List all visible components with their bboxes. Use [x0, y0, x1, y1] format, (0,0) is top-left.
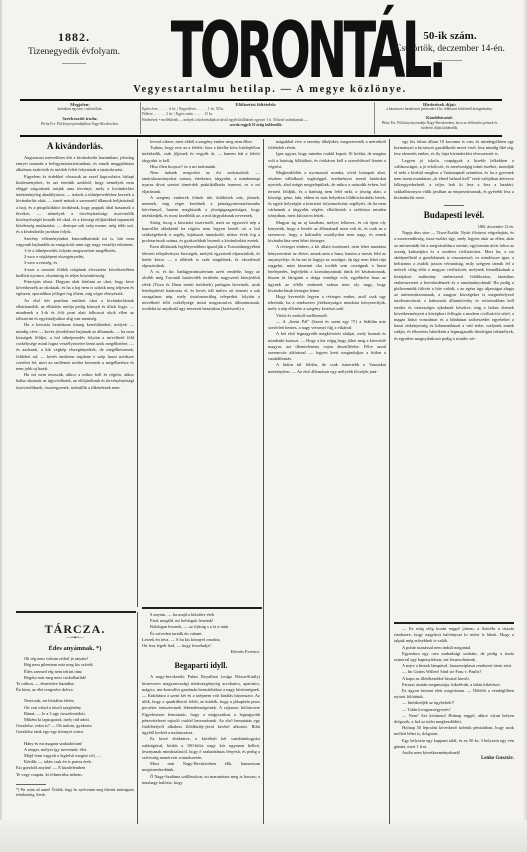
paragraph: magukkal vive a szerény tőkéjüket, megsz… [268, 139, 386, 151]
volume-label: Tizenegyedik évfolyam. [14, 47, 134, 57]
paragraph: Igaz ugyan, hogy minden család kapott 16… [268, 151, 386, 170]
feuilleton-heading: TÁRCZA. [16, 622, 134, 636]
issue-number: 50-ik szám. [385, 30, 515, 42]
masthead-rule [20, 99, 502, 101]
ornament-icon: —•❧•— [16, 636, 134, 642]
feuilleton-rule [142, 607, 262, 609]
feuilleton-rule [394, 622, 514, 624]
feuilleton-section: TÁRCZA. —•❧•— Édes anyámnak. *) Oh rég n… [16, 618, 134, 828]
info-divider [374, 102, 375, 134]
paragraph: Ez kissé eltekintve, a kávéholt két vand… [142, 736, 260, 761]
article-column4: egy kis falusi állam 10 koronna is van, … [394, 139, 514, 583]
feuilleton-column4: — Ez még elég korán reggel jöttem, a Szö… [394, 626, 514, 826]
paragraph: A révieges embert, a kit állató ösztönne… [268, 244, 386, 294]
paragraph: Principiis obsta. Hogyan okát hárítani a… [16, 279, 134, 298]
paragraph: Figyelem és érdekkel olvassuk az ezzel k… [16, 174, 134, 236]
column-divider [263, 139, 264, 824]
divider [438, 60, 462, 61]
paragraph: Szerény véleményünket kimondhatnánk mi i… [16, 236, 134, 248]
paragraph: — Nem! Azt kivánom! Holnap reggel, akkor… [394, 713, 514, 725]
column-divider [137, 139, 138, 607]
office-text: Pleitz Fer. Pál könyvnyomdájában Nagy-Be… [22, 122, 138, 127]
paragraph: Legyen jó iskola, csapágyak a kisebb lel… [394, 158, 514, 201]
feuilleton-rule [16, 611, 136, 613]
paragraph: A szegény emberek fölnek ide, küldöttek … [142, 195, 260, 220]
paragraph: Ha a kincstár beruházna tömeg kertelület… [16, 322, 134, 372]
feuilleton-continued: S anyám, — ha majd a kikötőre érek Fiad,… [142, 612, 260, 824]
ads-office-text: Pleitz Fer. Pál könyvnyomdája Nagy-Becsk… [377, 121, 502, 131]
paragraph: Sürög forog a kincstári tisztviselő, mer… [142, 220, 260, 245]
info-strip-rule [20, 135, 502, 137]
publication-info: Megjelen: hetenkint egyszer, csütörtökön… [22, 102, 138, 134]
newspaper-page: 1882. Tizenegyedik évfolyam. TORONTÁL. 5… [0, 0, 527, 852]
paragraph: A nagy-becskereki Palais Royalban (vulgo… [142, 674, 260, 736]
newspaper-subtitle: Vegyestartalmu hetilap. — A megye közlön… [100, 84, 440, 95]
article-title: A kivándorlás. [16, 141, 134, 152]
publication-year: 1882. [14, 30, 134, 45]
paragraph: — Ez még elég korán reggel jöttem, a Szö… [394, 626, 514, 645]
column-divider [389, 139, 390, 824]
poem-line: Te vagy csupán, ki fölmerülsz nekem. [16, 772, 134, 778]
paragraph: A hídon túl földön, de csak ismertebb a … [268, 362, 386, 374]
paragraph: Egy helyszín egy kappant talál, és ez 50… [394, 738, 514, 750]
paragraph: Augusztusi mérvekben ölti a kivándorlás … [16, 155, 134, 174]
ads-info: Hirdetések díjai: a háromszor hasábozott… [377, 102, 502, 134]
paragraph: Napja dies sine — Tisza-Eszlár. Nyári fő… [394, 230, 514, 342]
paragraph: Megkezdődött a nyomasztó munka, rövid hó… [268, 170, 386, 220]
column-divider [137, 612, 138, 824]
paragraph: Holnap 50 lépcsőni következő üzletük pén… [394, 725, 514, 737]
paragraph: — A „Szent Pál” (Szent és szent egy !!!)… [268, 319, 386, 331]
paragraph: Tudom, hogy erre az a felelet: hisz a hi… [142, 145, 260, 164]
paragraph: Ha ezt nem teszszük, akkor a mikor kell … [16, 372, 134, 391]
issue-date: Csütörtök, deczember 14-én. [385, 44, 515, 54]
publication-text: hetenkint egyszer, csütörtökön. [22, 107, 138, 112]
page-edge-left [0, 0, 3, 852]
info-divider [140, 102, 141, 134]
footnote-rule [16, 784, 46, 785]
masthead-right: 50-ik szám. Csütörtök, deczember 14-én. [385, 30, 515, 61]
subscription-info: Előfizetési föltételek: Egész évre . . .… [142, 102, 370, 134]
article-kivandorlas-column3: magukkal vive a szerény tőkéjüket, megsz… [268, 139, 386, 819]
divider [444, 205, 464, 206]
masthead-left: 1882. Tizenegyedik évfolyam. [14, 30, 134, 64]
paragraph: A két első legnagyobb megkövetett alakja… [268, 331, 386, 362]
poem-signature: Ebentis Ferencz. [142, 649, 260, 655]
paragraph: Ez ágyon kitenni elett megvártam. — Déle… [394, 688, 514, 700]
poem-title: Édes anyámnak. *) [16, 645, 134, 653]
divider [62, 63, 86, 64]
page-edge-right [523, 0, 527, 852]
footnote: *) Per szám ad amen! Örülök, hogy én nye… [16, 788, 134, 798]
paragraph: Egymásra egy orra szabadsági szobám, de … [394, 651, 514, 663]
article-kivandorlas-continued: levezd zikere, mert ebből a szegény embe… [142, 139, 260, 605]
paragraph: Nem tudunk megvolni az ősi szokásoktól; … [142, 170, 260, 195]
paragraph: A cs. és kir. hadügyminiszterium azért r… [142, 269, 260, 312]
paragraph: Most már Nagy-Becskereken élik, hamarosa… [142, 761, 260, 773]
ads-text: a háromszor hasábozott petitsorért 4 kr,… [377, 107, 502, 112]
paragraph: egy kis falusi állam 10 koronna is van, … [394, 139, 514, 158]
paragraph: Az első két pontban említett okai a kivá… [16, 298, 134, 323]
article-title: Begaparti idyll. [142, 660, 260, 671]
paragraph: Hogy kevesebb legyen a révieges ember, a… [268, 294, 386, 313]
article-kivandorlas: A kivándorlás. Augusztusi mérvekben ölti… [16, 139, 134, 605]
paragraph: 4-szer a szerzett földek talajának elves… [16, 267, 134, 279]
paragraph: Ő Nagy-Szalánta szállásokon, ott maranás… [142, 774, 260, 786]
newspaper-title: TORONTÁL. [171, 12, 357, 88]
author-signature: Lenke Gusztáv. [394, 756, 514, 762]
paragraph: Magyar ág az uj hazában, melyet felkeres… [268, 220, 386, 245]
subscription-line: szerda reggeli 10 óráig küldendők. [142, 123, 370, 128]
article-title: Budapesti levél. [394, 210, 514, 221]
paragraph: Ezen állításunk legfényesebben igazolják… [142, 244, 260, 269]
